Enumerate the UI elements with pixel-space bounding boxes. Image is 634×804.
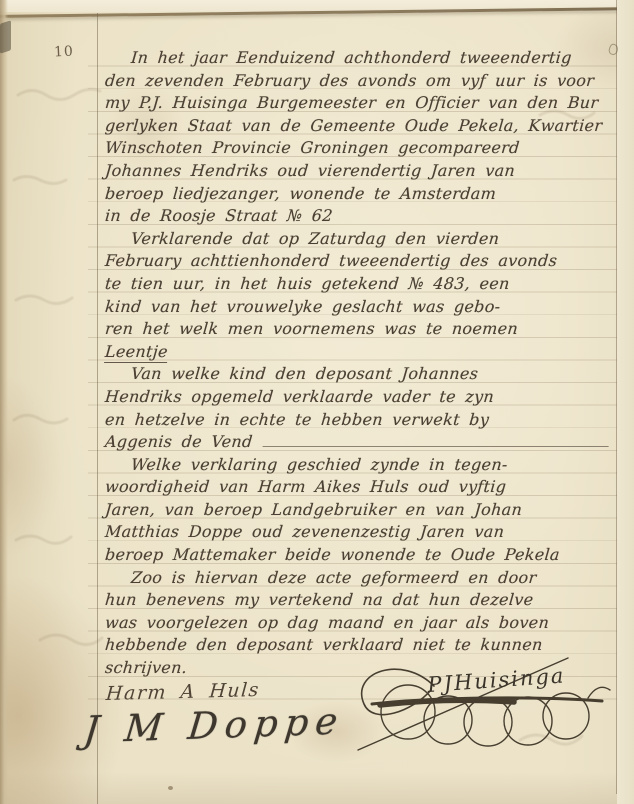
manuscript-line: Hendriks opgemeld verklaarde vader te zy… bbox=[104, 386, 616, 409]
manuscript-line: te tien uur, in het huis getekend № 483,… bbox=[104, 273, 616, 296]
ink-dot-stain bbox=[168, 786, 173, 790]
manuscript-line: woordigheid van Harm Aikes Huls oud vyft… bbox=[104, 476, 616, 499]
manuscript-line: was voorgelezen op dag maand en jaar als… bbox=[104, 612, 616, 635]
manuscript-line: en hetzelve in echte te hebben verwekt b… bbox=[104, 409, 616, 432]
manuscript-line: beroep liedjezanger, wonende te Amsterda… bbox=[104, 183, 616, 206]
manuscript-line: Welke verklaring geschied zynde in tegen… bbox=[104, 454, 616, 477]
mother-name-line: Aggenis de Vend bbox=[104, 431, 616, 454]
manuscript-line: gerlyken Staat van de Gemeente Oude Peke… bbox=[104, 115, 616, 138]
manuscript-line: kind van het vrouwelyke geslacht was geb… bbox=[104, 296, 616, 319]
page-left-edge bbox=[0, 0, 8, 804]
manuscript-page: 10 In het jaar Eenduizend achthonderd tw… bbox=[0, 0, 634, 804]
manuscript-line: Jaren, van beroep Landgebruiker en van J… bbox=[104, 499, 616, 522]
signature-official-name: PJHuisinga bbox=[426, 663, 566, 697]
manuscript-line: In het jaar Eenduizend achthonderd tweee… bbox=[104, 47, 616, 70]
page-number: 10 bbox=[54, 43, 75, 60]
manuscript-line: hun benevens my vertekend na dat hun dez… bbox=[104, 589, 616, 612]
manuscript-line: Van welke kind den deposant Johannes bbox=[104, 363, 616, 386]
manuscript-line: Johannes Hendriks oud vierendertig Jaren… bbox=[104, 160, 616, 183]
manuscript-line: beroep Mattemaker beide wonende te Oude … bbox=[104, 544, 616, 567]
manuscript-text: In het jaar Eenduizend achthonderd tweee… bbox=[104, 47, 614, 680]
manuscript-line: in de Roosje Straat № 62 bbox=[104, 205, 616, 228]
manuscript-line: Zoo is hiervan deze acte geformeerd en d… bbox=[104, 567, 616, 590]
manuscript-line: den zevenden February des avonds om vyf … bbox=[104, 70, 616, 93]
flourish-initial-loop bbox=[362, 669, 434, 714]
page-right-edge bbox=[617, 0, 634, 804]
signature-official-huisinga: PJHuisinga bbox=[336, 650, 618, 758]
manuscript-line: Matthias Doppe oud zevenenzestig Jaren v… bbox=[104, 521, 616, 544]
signature-witness-huls: Harm A Huls bbox=[105, 679, 261, 705]
manuscript-line: February achttienhonderd tweeendertig de… bbox=[104, 250, 616, 273]
flourish-strike bbox=[380, 700, 514, 705]
manuscript-line: Verklarende dat op Zaturdag den vierden bbox=[104, 228, 616, 251]
manuscript-line: ren het welk men voornemens was te noeme… bbox=[104, 318, 616, 341]
child-name-line: Leentje bbox=[104, 341, 616, 364]
manuscript-line: my P.J. Huisinga Burgemeester en Officie… bbox=[104, 92, 616, 115]
signature-witness-doppe: J M Doppe bbox=[82, 699, 347, 751]
margin-rule bbox=[97, 13, 98, 804]
manuscript-line: Winschoten Provincie Groningen gecompare… bbox=[104, 137, 616, 160]
page-corner-shadow bbox=[0, 20, 11, 54]
